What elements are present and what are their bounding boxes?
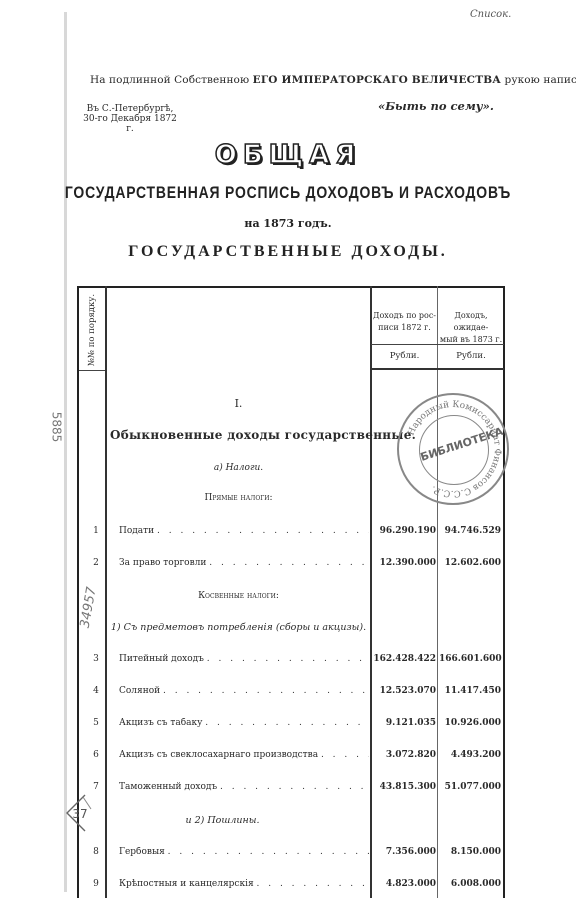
place-date: Въ С.-Петербургѣ, 30-го Декабря 1872 г. <box>80 104 180 134</box>
row-description: Питейный доходъ . . . . . . . . . . . . … <box>119 654 369 664</box>
row-number: 5 <box>77 718 115 728</box>
date-line: 30-го Декабря 1872 г. <box>80 114 180 134</box>
row-value-1873: 4.493.200 <box>439 750 501 760</box>
boxed-number: 37 <box>63 793 93 833</box>
table-row: 3Питейный доходъ . . . . . . . . . . . .… <box>77 654 505 670</box>
row-number: 6 <box>77 750 115 760</box>
row-value-1873: 12.602.600 <box>439 558 501 568</box>
section-title: Обыкновенные доходы государственные. <box>110 428 371 442</box>
row-description: За право торговли . . . . . . . . . . . … <box>119 558 369 568</box>
row-description: Соляной . . . . . . . . . . . . . . . . … <box>119 686 369 696</box>
row-number: 3 <box>77 654 115 664</box>
col-header-1872-line1: Доходъ по рос- <box>372 310 437 322</box>
row-description: Акцизъ съ табаку . . . . . . . . . . . .… <box>119 718 369 728</box>
title-sub: ГОСУДАРСТВЕННАЯ РОСПИСЬ ДОХОДОВЪ И РАСХО… <box>52 183 524 203</box>
number-header-divider <box>79 370 105 371</box>
svg-text:37: 37 <box>72 807 87 821</box>
row-value-1873: 166.601.600 <box>439 654 501 664</box>
row-description: Гербовыя . . . . . . . . . . . . . . . .… <box>119 847 369 857</box>
unit-1873: Рубли. <box>438 351 504 361</box>
title-main: ОБЩАЯ <box>0 140 576 170</box>
row-value-1873: 8.150.000 <box>439 847 501 857</box>
row-number: 1 <box>77 526 115 536</box>
row-value-1873: 11.417.450 <box>439 686 501 696</box>
row-number: 7 <box>77 782 115 792</box>
row-description: Крѣпостныя и канцелярскія . . . . . . . … <box>119 879 369 889</box>
indirect-taxes-heading: Косвенные налоги: <box>106 591 371 601</box>
number-column-header: №№ по порядку. <box>80 290 104 370</box>
row-value-1872: 9.121.035 <box>373 718 436 728</box>
subsection-taxes: а) Налоги. <box>106 463 371 473</box>
table-row: 8Гербовыя . . . . . . . . . . . . . . . … <box>77 847 505 863</box>
row-value-1872: 96.290.190 <box>373 526 436 536</box>
row-description: Акцизъ съ свеклосахарнаго производства .… <box>119 750 369 760</box>
col-divider-values <box>437 286 438 898</box>
col-header-1872: Доходъ по рос- писи 1872 г. <box>372 310 437 334</box>
units-divider <box>371 368 504 370</box>
table-row: 1Подати . . . . . . . . . . . . . . . . … <box>77 526 505 542</box>
col-header-1873-line2: мый въ 1873 г. <box>438 334 504 346</box>
col-header-1873-line1: Доходъ, ожидае- <box>438 310 504 334</box>
direct-taxes-heading: Прямые налоги: <box>106 493 371 503</box>
row-description: Подати . . . . . . . . . . . . . . . . .… <box>119 526 369 536</box>
col-header-1872-line2: писи 1872 г. <box>372 322 437 334</box>
row-number: 2 <box>77 558 115 568</box>
row-description: Таможенный доходъ . . . . . . . . . . . … <box>119 782 369 792</box>
consumption-heading: 1) Съ предметовъ потребленія (сборы и ак… <box>106 622 371 633</box>
margin-number: 5885 <box>49 412 63 443</box>
approval-caps: ЕГО ИМПЕРАТОРСКАГО ВЕЛИЧЕСТВА <box>253 74 501 86</box>
table-row: 5Акцизъ съ табаку . . . . . . . . . . . … <box>77 718 505 734</box>
table-row: 7Таможенный доходъ . . . . . . . . . . .… <box>77 782 505 798</box>
library-stamp: Народный Комиссариат Финансов С.С.С.Р. Б… <box>397 393 509 505</box>
title-year: на 1873 годъ. <box>0 217 576 230</box>
row-value-1872: 4.823.000 <box>373 879 436 889</box>
row-value-1872: 12.523.070 <box>373 686 436 696</box>
approval-prefix: На подлинной Собственною <box>90 74 253 86</box>
row-value-1872: 43.815.300 <box>373 782 436 792</box>
table-row: 2За право торговли . . . . . . . . . . .… <box>77 558 505 574</box>
col-header-1873: Доходъ, ожидае- мый въ 1873 г. <box>438 310 504 346</box>
row-number: 9 <box>77 879 115 889</box>
number-column-label: №№ по порядку. <box>87 294 97 366</box>
row-value-1872: 162.428.422 <box>373 654 436 664</box>
row-number: 8 <box>77 847 115 857</box>
place-line: Въ С.-Петербургѣ, <box>80 104 180 114</box>
row-value-1872: 7.356.000 <box>373 847 436 857</box>
row-value-1872: 12.390.000 <box>373 558 436 568</box>
diamond-frame-icon: 37 <box>63 793 93 833</box>
row-number: 4 <box>77 686 115 696</box>
duties-heading: и 2) Пошлины. <box>90 815 355 826</box>
row-value-1873: 94.746.529 <box>439 526 501 536</box>
section-heading: ГОСУДАРСТВЕННЫЕ ДОХОДЫ. <box>0 243 576 261</box>
row-value-1872: 3.072.820 <box>373 750 436 760</box>
table-row: 4Соляной . . . . . . . . . . . . . . . .… <box>77 686 505 702</box>
approval-line: На подлинной Собственною ЕГО ИМПЕРАТОРСК… <box>90 74 576 86</box>
row-value-1873: 6.008.000 <box>439 879 501 889</box>
table-row: 6Акцизъ съ свеклосахарнаго производства … <box>77 750 505 766</box>
list-mark: Список. <box>470 9 511 20</box>
section-number: I. <box>106 397 371 410</box>
row-value-1873: 51.077.000 <box>439 782 501 792</box>
imperial-resolution: «Быть по сему». <box>378 99 494 113</box>
table-row: 9Крѣпостныя и канцелярскія . . . . . . .… <box>77 879 505 895</box>
unit-1872: Рубли. <box>372 351 437 361</box>
approval-suffix: рукою написано: <box>501 74 576 86</box>
row-value-1873: 10.926.000 <box>439 718 501 728</box>
